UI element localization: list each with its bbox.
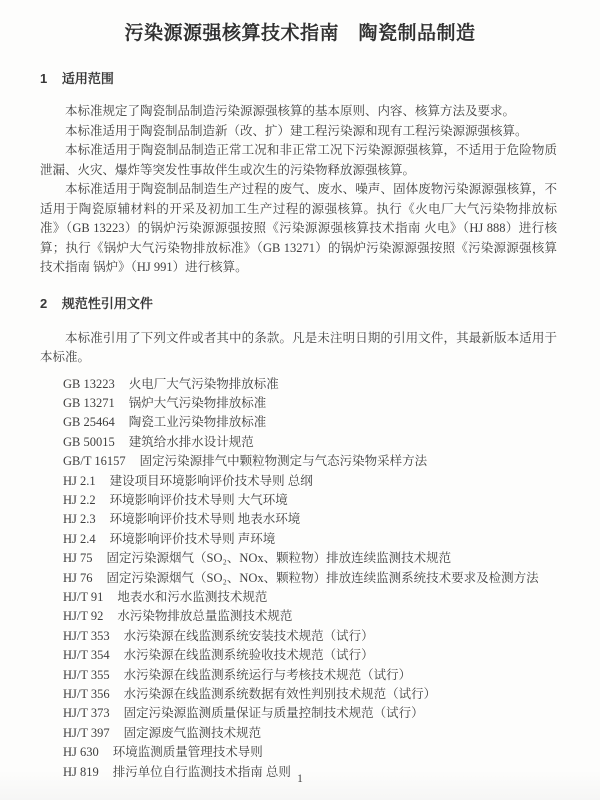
section-2-heading: 2 规范性引用文件 [40,295,557,312]
section-1-heading: 1 适用范围 [40,70,557,87]
page-number: 1 [0,773,600,785]
document-page: 污染源源强核算技术指南 陶瓷制品制造 1 适用范围 本标准规定了陶瓷制品制造污染… [0,0,600,800]
reference-item: HJ/T 356水污染源在线监测系统数据有效性判别技术规范（试行） [63,685,580,704]
body-paragraph: 本标准适用于陶瓷制品制造新（改、扩）建工程污染源和现有工程污染源源强核算。 [40,122,557,142]
reference-title: 环境影响评价技术导则 大气环境 [110,493,288,507]
reference-title: 固定源废气监测技术规范 [124,726,262,740]
reference-item: HJ 2.1建设项目环境影响评价技术导则 总纲 [63,472,580,491]
reference-title: 固定污染源排气中颗粒物测定与气态污染物采样方法 [140,454,428,468]
reference-code: HJ/T 354 [63,646,110,665]
reference-title: 锅炉大气污染物排放标准 [129,396,267,410]
reference-item: HJ 75固定污染源烟气（SO₂、NOx、颗粒物）排放连续监测技术规范 [63,549,580,568]
reference-title: 火电厂大气污染物排放标准 [129,377,279,391]
references-intro: 本标准引用了下列文件或者其中的条款。凡是未注明日期的引用文件，其最新版本适用于本… [40,329,557,368]
reference-title: 固定污染源烟气（SO₂、NOx、颗粒物）排放连续监测系统技术要求及检测方法 [107,571,539,585]
reference-title: 水污染物排放总量监测技术规范 [117,609,292,623]
reference-item: GB 13223火电厂大气污染物排放标准 [63,375,580,394]
reference-code: HJ 2.2 [63,491,96,510]
reference-item: HJ/T 353水污染源在线监测系统安装技术规范（试行） [63,627,580,646]
section-2-number: 2 [40,295,47,312]
reference-code: GB 13223 [63,375,115,394]
reference-code: HJ/T 91 [63,588,103,607]
reference-item: HJ 2.3环境影响评价技术导则 地表水环境 [63,510,580,529]
section-1-body: 本标准规定了陶瓷制品制造污染源源强核算的基本原则、内容、核算方法及要求。本标准适… [0,102,600,278]
body-paragraph: 本标准适用于陶瓷制品制造正常工况和非正常工况下污染源源强核算，不适用于危险物质泄… [40,141,557,180]
body-paragraph: 本标准规定了陶瓷制品制造污染源源强核算的基本原则、内容、核算方法及要求。 [40,102,557,122]
reference-item: HJ/T 92水污染物排放总量监测技术规范 [63,607,580,626]
reference-item: HJ/T 355水污染源在线监测系统运行与考核技术规范（试行） [63,666,580,685]
reference-code: GB 50015 [63,433,115,452]
reference-code: HJ 2.4 [63,530,96,549]
reference-item: GB 25464陶瓷工业污染物排放标准 [63,413,580,432]
reference-item: HJ 2.4环境影响评价技术导则 声环境 [63,530,580,549]
section-1-number: 1 [40,70,47,87]
reference-code: HJ/T 92 [63,607,103,626]
reference-title: 水污染源在线监测系统数据有效性判别技术规范（试行） [124,687,437,701]
reference-title: 地表水和污水监测技术规范 [117,590,267,604]
reference-code: GB/T 16157 [63,452,126,471]
reference-code: HJ 75 [63,549,93,568]
reference-item: GB/T 16157固定污染源排气中颗粒物测定与气态污染物采样方法 [63,452,580,471]
reference-item: HJ/T 354水污染源在线监测系统验收技术规范（试行） [63,646,580,665]
reference-code: HJ/T 355 [63,666,110,685]
body-paragraph: 本标准适用于陶瓷制品制造生产过程的废气、废水、噪声、固体废物污染源源强核算，不适… [40,180,557,278]
reference-code: HJ 2.3 [63,510,96,529]
section-1-title: 适用范围 [62,71,114,86]
reference-title: 固定污染源监测质量保证与质量控制技术规范（试行） [124,706,424,720]
reference-code: HJ/T 356 [63,685,110,704]
reference-title: 环境影响评价技术导则 声环境 [110,532,276,546]
reference-title: 建设项目环境影响评价技术导则 总纲 [110,474,313,488]
section-2-title: 规范性引用文件 [62,296,153,311]
reference-item: HJ/T 91地表水和污水监测技术规范 [63,588,580,607]
reference-item: GB 13271锅炉大气污染物排放标准 [63,394,580,413]
reference-title: 环境影响评价技术导则 地表水环境 [110,512,301,526]
reference-item: HJ/T 373固定污染源监测质量保证与质量控制技术规范（试行） [63,704,580,723]
reference-title: 环境监测质量管理技术导则 [113,745,263,759]
reference-title: 固定污染源烟气（SO₂、NOx、颗粒物）排放连续监测技术规范 [107,551,452,565]
reference-item: HJ 2.2环境影响评价技术导则 大气环境 [63,491,580,510]
reference-code: HJ/T 353 [63,627,110,646]
reference-item: HJ 630环境监测质量管理技术导则 [63,743,580,762]
reference-title: 水污染源在线监测系统验收技术规范（试行） [124,648,374,662]
reference-code: GB 25464 [63,413,115,432]
reference-code: GB 13271 [63,394,115,413]
reference-code: HJ/T 373 [63,704,110,723]
document-title: 污染源源强核算技术指南 陶瓷制品制造 [0,0,600,47]
reference-title: 陶瓷工业污染物排放标准 [129,415,267,429]
reference-item: HJ 76固定污染源烟气（SO₂、NOx、颗粒物）排放连续监测系统技术要求及检测… [63,569,580,588]
reference-item: HJ/T 397固定源废气监测技术规范 [63,724,580,743]
reference-title: 建筑给水排水设计规范 [129,435,254,449]
reference-code: HJ 76 [63,569,93,588]
reference-code: HJ 2.1 [63,472,96,491]
reference-code: HJ 630 [63,743,99,762]
reference-item: GB 50015建筑给水排水设计规范 [63,433,580,452]
reference-code: HJ/T 397 [63,724,110,743]
references-list: GB 13223火电厂大气污染物排放标准 GB 13271锅炉大气污染物排放标准… [0,375,600,783]
reference-title: 水污染源在线监测系统运行与考核技术规范（试行） [124,668,412,682]
reference-title: 水污染源在线监测系统安装技术规范（试行） [124,629,374,643]
